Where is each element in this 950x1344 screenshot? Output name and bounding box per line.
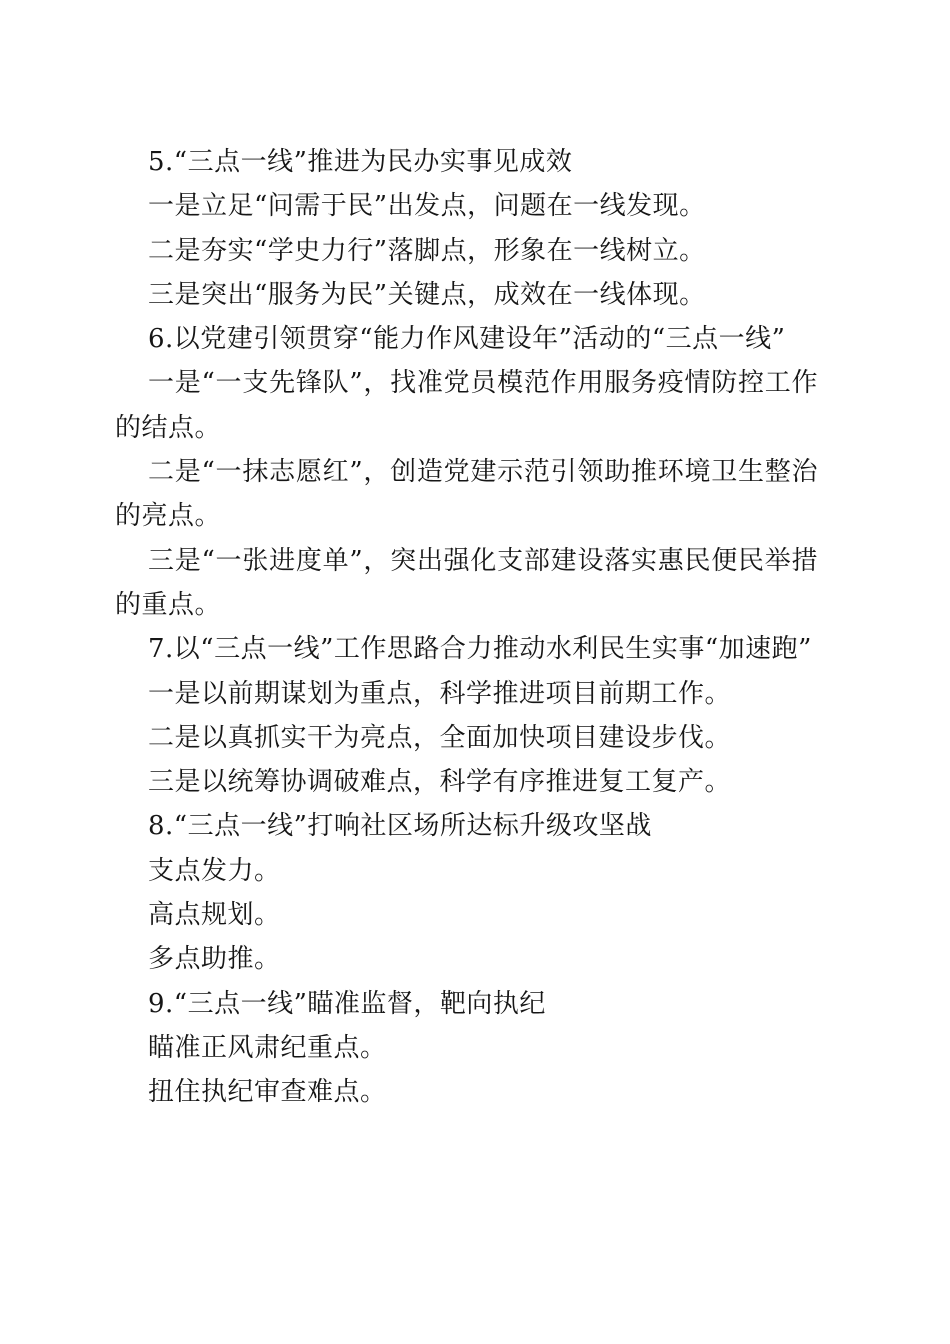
sub-point: 三是以统筹协调破难点，科学有序推进复工复产。 [115,760,818,804]
sub-point: 高点规划。 [115,893,818,937]
section-6: 6.以党建引领贯穿“能力作风建设年”活动的“三点一线” 一是“一支先锋队”，找准… [115,317,818,627]
document-page: 5.“三点一线”推进为民办实事见成效 一是立足“问需于民”出发点，问题在一线发现… [0,0,950,1344]
numbered-heading: 7.以“三点一线”工作思路合力推动水利民生实事“加速跑” [115,627,818,671]
document-body: 5.“三点一线”推进为民办实事见成效 一是立足“问需于民”出发点，问题在一线发现… [115,140,818,1115]
section-5: 5.“三点一线”推进为民办实事见成效 一是立足“问需于民”出发点，问题在一线发现… [115,140,818,317]
sub-point: 支点发力。 [115,849,818,893]
section-7: 7.以“三点一线”工作思路合力推动水利民生实事“加速跑” 一是以前期谋划为重点，… [115,627,818,804]
numbered-heading: 9.“三点一线”瞄准监督，靶向执纪 [115,982,818,1026]
sub-point: 三是“一张进度单”，突出强化支部建设落实惠民便民举措的重点。 [115,539,818,628]
numbered-heading: 8.“三点一线”打响社区场所达标升级攻坚战 [115,804,818,848]
section-8: 8.“三点一线”打响社区场所达标升级攻坚战 支点发力。 高点规划。 多点助推。 [115,804,818,981]
sub-point: 三是突出“服务为民”关键点，成效在一线体现。 [115,273,818,317]
sub-point: 一是“一支先锋队”，找准党员模范作用服务疫情防控工作的结点。 [115,361,818,450]
sub-point: 扭住执纪审查难点。 [115,1070,818,1114]
sub-point: 二是以真抓实干为亮点，全面加快项目建设步伐。 [115,716,818,760]
sub-point: 一是以前期谋划为重点，科学推进项目前期工作。 [115,672,818,716]
sub-point: 二是“一抹志愿红”，创造党建示范引领助推环境卫生整治的亮点。 [115,450,818,539]
numbered-heading: 5.“三点一线”推进为民办实事见成效 [115,140,818,184]
sub-point: 瞄准正风肃纪重点。 [115,1026,818,1070]
sub-point: 多点助推。 [115,937,818,981]
sub-point: 二是夯实“学史力行”落脚点，形象在一线树立。 [115,229,818,273]
section-9: 9.“三点一线”瞄准监督，靶向执纪 瞄准正风肃纪重点。 扭住执纪审查难点。 [115,982,818,1115]
sub-point: 一是立足“问需于民”出发点，问题在一线发现。 [115,184,818,228]
numbered-heading: 6.以党建引领贯穿“能力作风建设年”活动的“三点一线” [115,317,818,361]
